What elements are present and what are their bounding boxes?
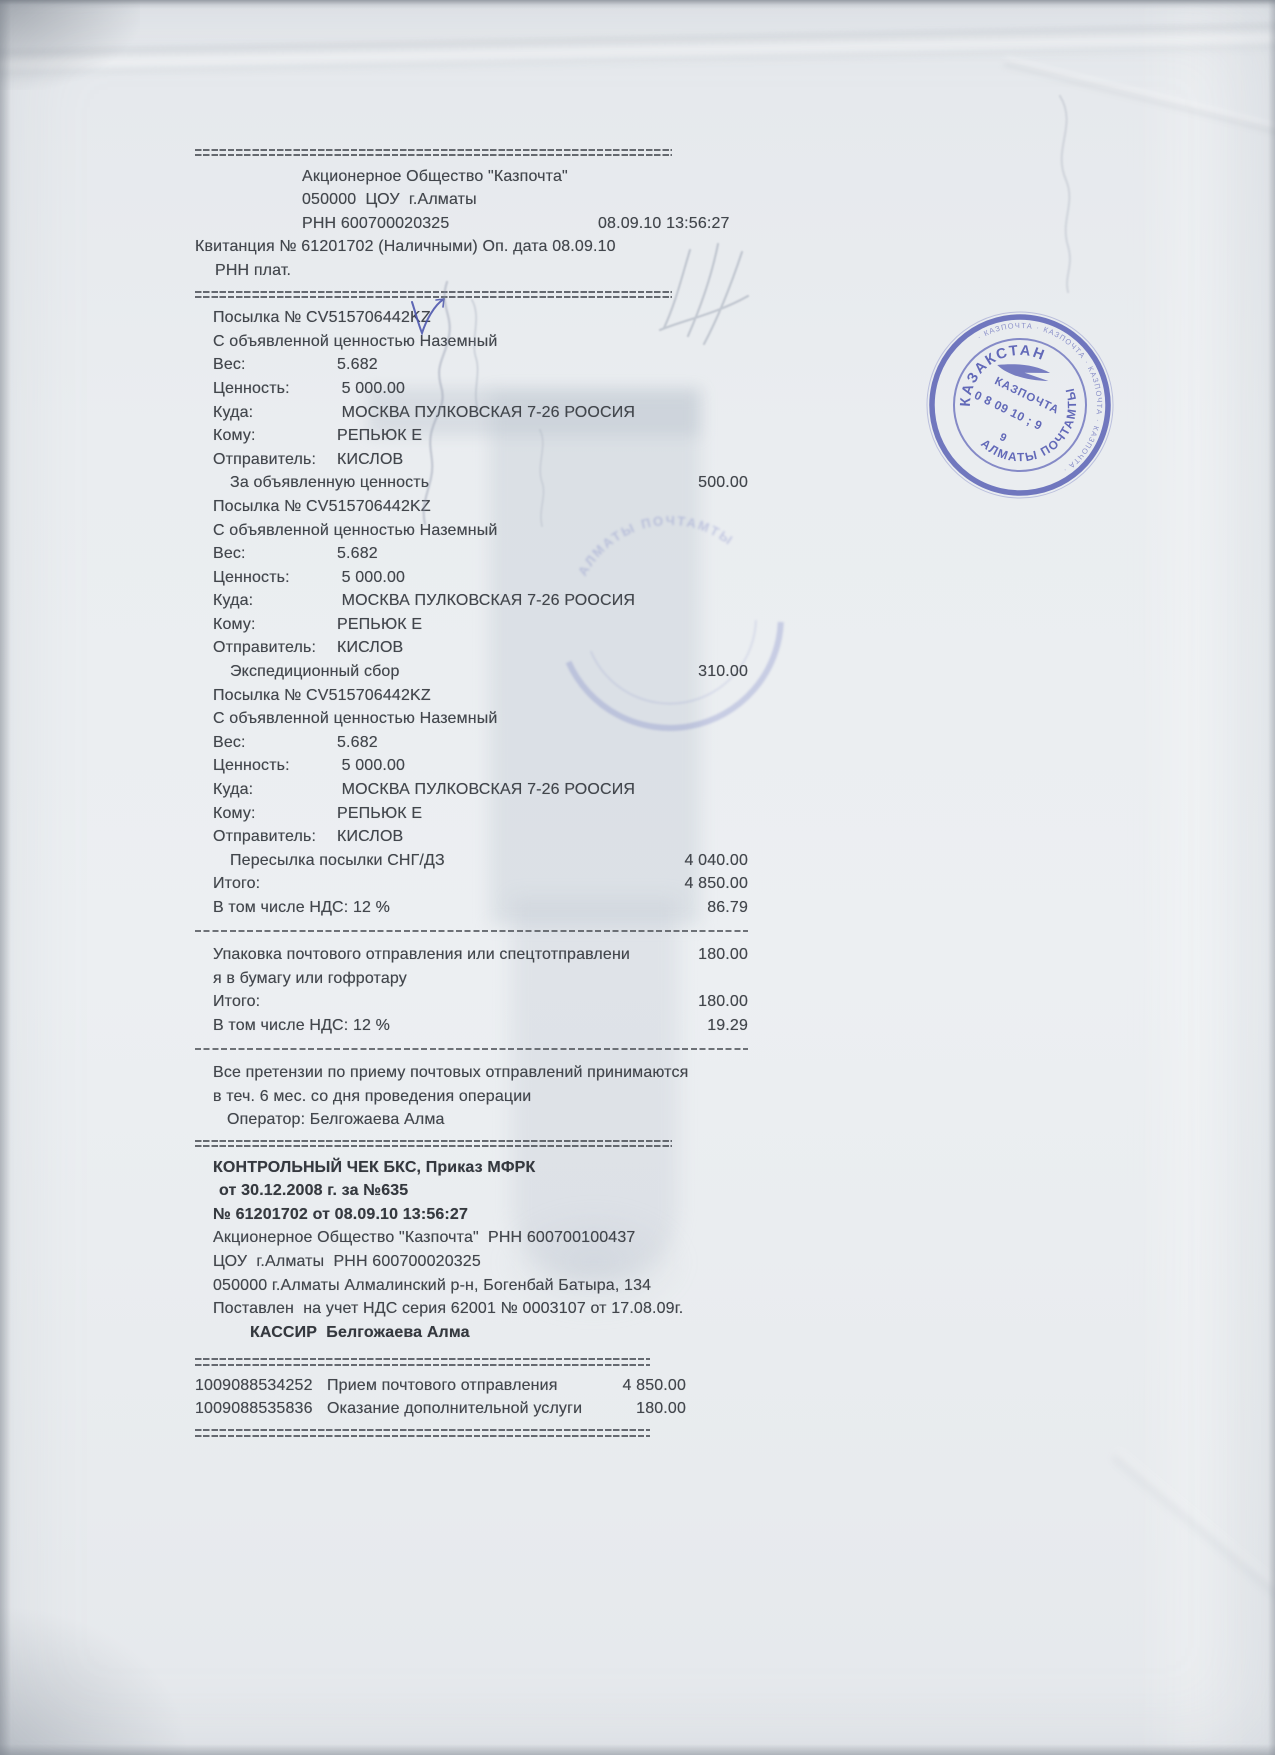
separator xyxy=(195,283,748,307)
receipt-line: КОНТРОЛЬНЫЙ ЧЕК БКС, Приказ МФРК xyxy=(195,1156,748,1180)
receipt-line: Итого:180.00 xyxy=(195,990,748,1014)
receipt-line: Ценность: 5 000.00 xyxy=(195,377,748,401)
receipt-line: Пересылка посылки СНГ/ДЗ4 040.00 xyxy=(195,849,748,873)
receipt-line: Вес:5.682 xyxy=(195,731,748,755)
receipt-line: Оператор: Белгожаева Алма xyxy=(195,1108,748,1132)
receipt-line: № 61201702 от 08.09.10 13:56:27 xyxy=(195,1203,748,1227)
separator xyxy=(195,1132,748,1156)
page-edge xyxy=(0,0,11,1755)
scanned-receipt-page: АЛМАТЫ ПОЧТАМТЫ Акционерное Общество "Ка… xyxy=(0,0,1275,1755)
receipt-line: Акционерное Общество "Казпочта" РНН 6007… xyxy=(195,1226,748,1250)
postal-stamp: · КАЗПОЧТА · КАЗПОЧТА · КАЗПОЧТА · КАЗПО… xyxy=(910,295,1130,515)
receipt-line: Квитанция № 61201702 (Наличными) Оп. дат… xyxy=(195,235,748,259)
receipt-line: Посылка № CV515706442KZ xyxy=(195,495,748,519)
receipt-line: Посылка № CV515706442KZ xyxy=(195,306,748,330)
receipt-line: РНН плат. xyxy=(195,259,748,283)
receipt-line: 1009088535836Оказание дополнительной усл… xyxy=(195,1397,748,1421)
receipt-line: 050000 ЦОУ г.Алматы xyxy=(195,188,748,212)
pen-checkmark-icon xyxy=(405,295,457,343)
receipt-line: 050000 г.Алматы Алмалинский р-н, Богенба… xyxy=(195,1274,748,1298)
receipt-line: Упаковка почтового отправления или спецт… xyxy=(195,943,748,967)
receipt-line: Вес:5.682 xyxy=(195,353,748,377)
receipt-line: Ценность: 5 000.00 xyxy=(195,566,748,590)
separator xyxy=(195,1038,748,1062)
separator xyxy=(195,1421,748,1445)
receipt-line: Куда: МОСКВА ПУЛКОВСКАЯ 7-26 РООСИЯ xyxy=(195,401,748,425)
receipt-line: я в бумагу или гофротару xyxy=(195,967,748,991)
separator xyxy=(195,1350,748,1374)
receipt-line: 1009088534252Прием почтового отправления… xyxy=(195,1374,748,1398)
page-corner-shadow xyxy=(0,1605,190,1755)
receipt-line: С объявленной ценностью Наземный xyxy=(195,519,748,543)
receipt-line: Отправитель:КИСЛОВ xyxy=(195,825,748,849)
receipt-line: Акционерное Общество "Казпочта" xyxy=(195,165,748,189)
page-corner-shadow xyxy=(0,0,140,90)
receipt-line: Кому:РЕПЬЮК Е xyxy=(195,424,748,448)
paper-crease xyxy=(0,21,1275,76)
receipt-line: Посылка № CV515706442KZ xyxy=(195,684,748,708)
receipt-body: Акционерное Общество "Казпочта"050000 ЦО… xyxy=(195,141,748,1445)
receipt-line: КАССИР Белгожаева Алма xyxy=(195,1321,748,1345)
page-edge xyxy=(0,1744,1275,1755)
receipt-line: Итого:4 850.00 xyxy=(195,872,748,896)
receipt-line: С объявленной ценностью Наземный xyxy=(195,707,748,731)
separator xyxy=(195,920,748,944)
receipt-line: Поставлен на учет НДС серия 62001 № 0003… xyxy=(195,1297,748,1321)
receipt-line: Куда: МОСКВА ПУЛКОВСКАЯ 7-26 РООСИЯ xyxy=(195,778,748,802)
receipt-line: Все претензии по приему почтовых отправл… xyxy=(195,1061,748,1085)
receipt-line: В том числе НДС: 12 %19.29 xyxy=(195,1014,748,1038)
receipt-line: в теч. 6 мес. со дня проведения операции xyxy=(195,1085,748,1109)
separator xyxy=(195,141,748,165)
stamp-index-label: 9 xyxy=(998,431,1009,444)
receipt-line: В том числе НДС: 12 %86.79 xyxy=(195,896,748,920)
receipt-line: Кому:РЕПЬЮК Е xyxy=(195,613,748,637)
receipt-line: С объявленной ценностью Наземный xyxy=(195,330,748,354)
receipt-line: Отправитель:КИСЛОВ xyxy=(195,636,748,660)
receipt-line: За объявленную ценность500.00 xyxy=(195,471,748,495)
receipt-line: Куда: МОСКВА ПУЛКОВСКАЯ 7-26 РООСИЯ xyxy=(195,589,748,613)
page-edge xyxy=(1268,0,1275,1755)
receipt-line: Экспедиционный сбор310.00 xyxy=(195,660,748,684)
receipt-line: Вес:5.682 xyxy=(195,542,748,566)
page-edge xyxy=(0,0,1275,9)
receipt-line: от 30.12.2008 г. за №635 xyxy=(195,1179,748,1203)
receipt-line: Кому:РЕПЬЮК Е xyxy=(195,802,748,826)
receipt-line: Ценность: 5 000.00 xyxy=(195,754,748,778)
receipt-line: Отправитель:КИСЛОВ xyxy=(195,448,748,472)
receipt-line: ЦОУ г.Алматы РНН 600700020325 xyxy=(195,1250,748,1274)
receipt-line: РНН 60070002032508.09.10 13:56:27 xyxy=(195,212,748,236)
